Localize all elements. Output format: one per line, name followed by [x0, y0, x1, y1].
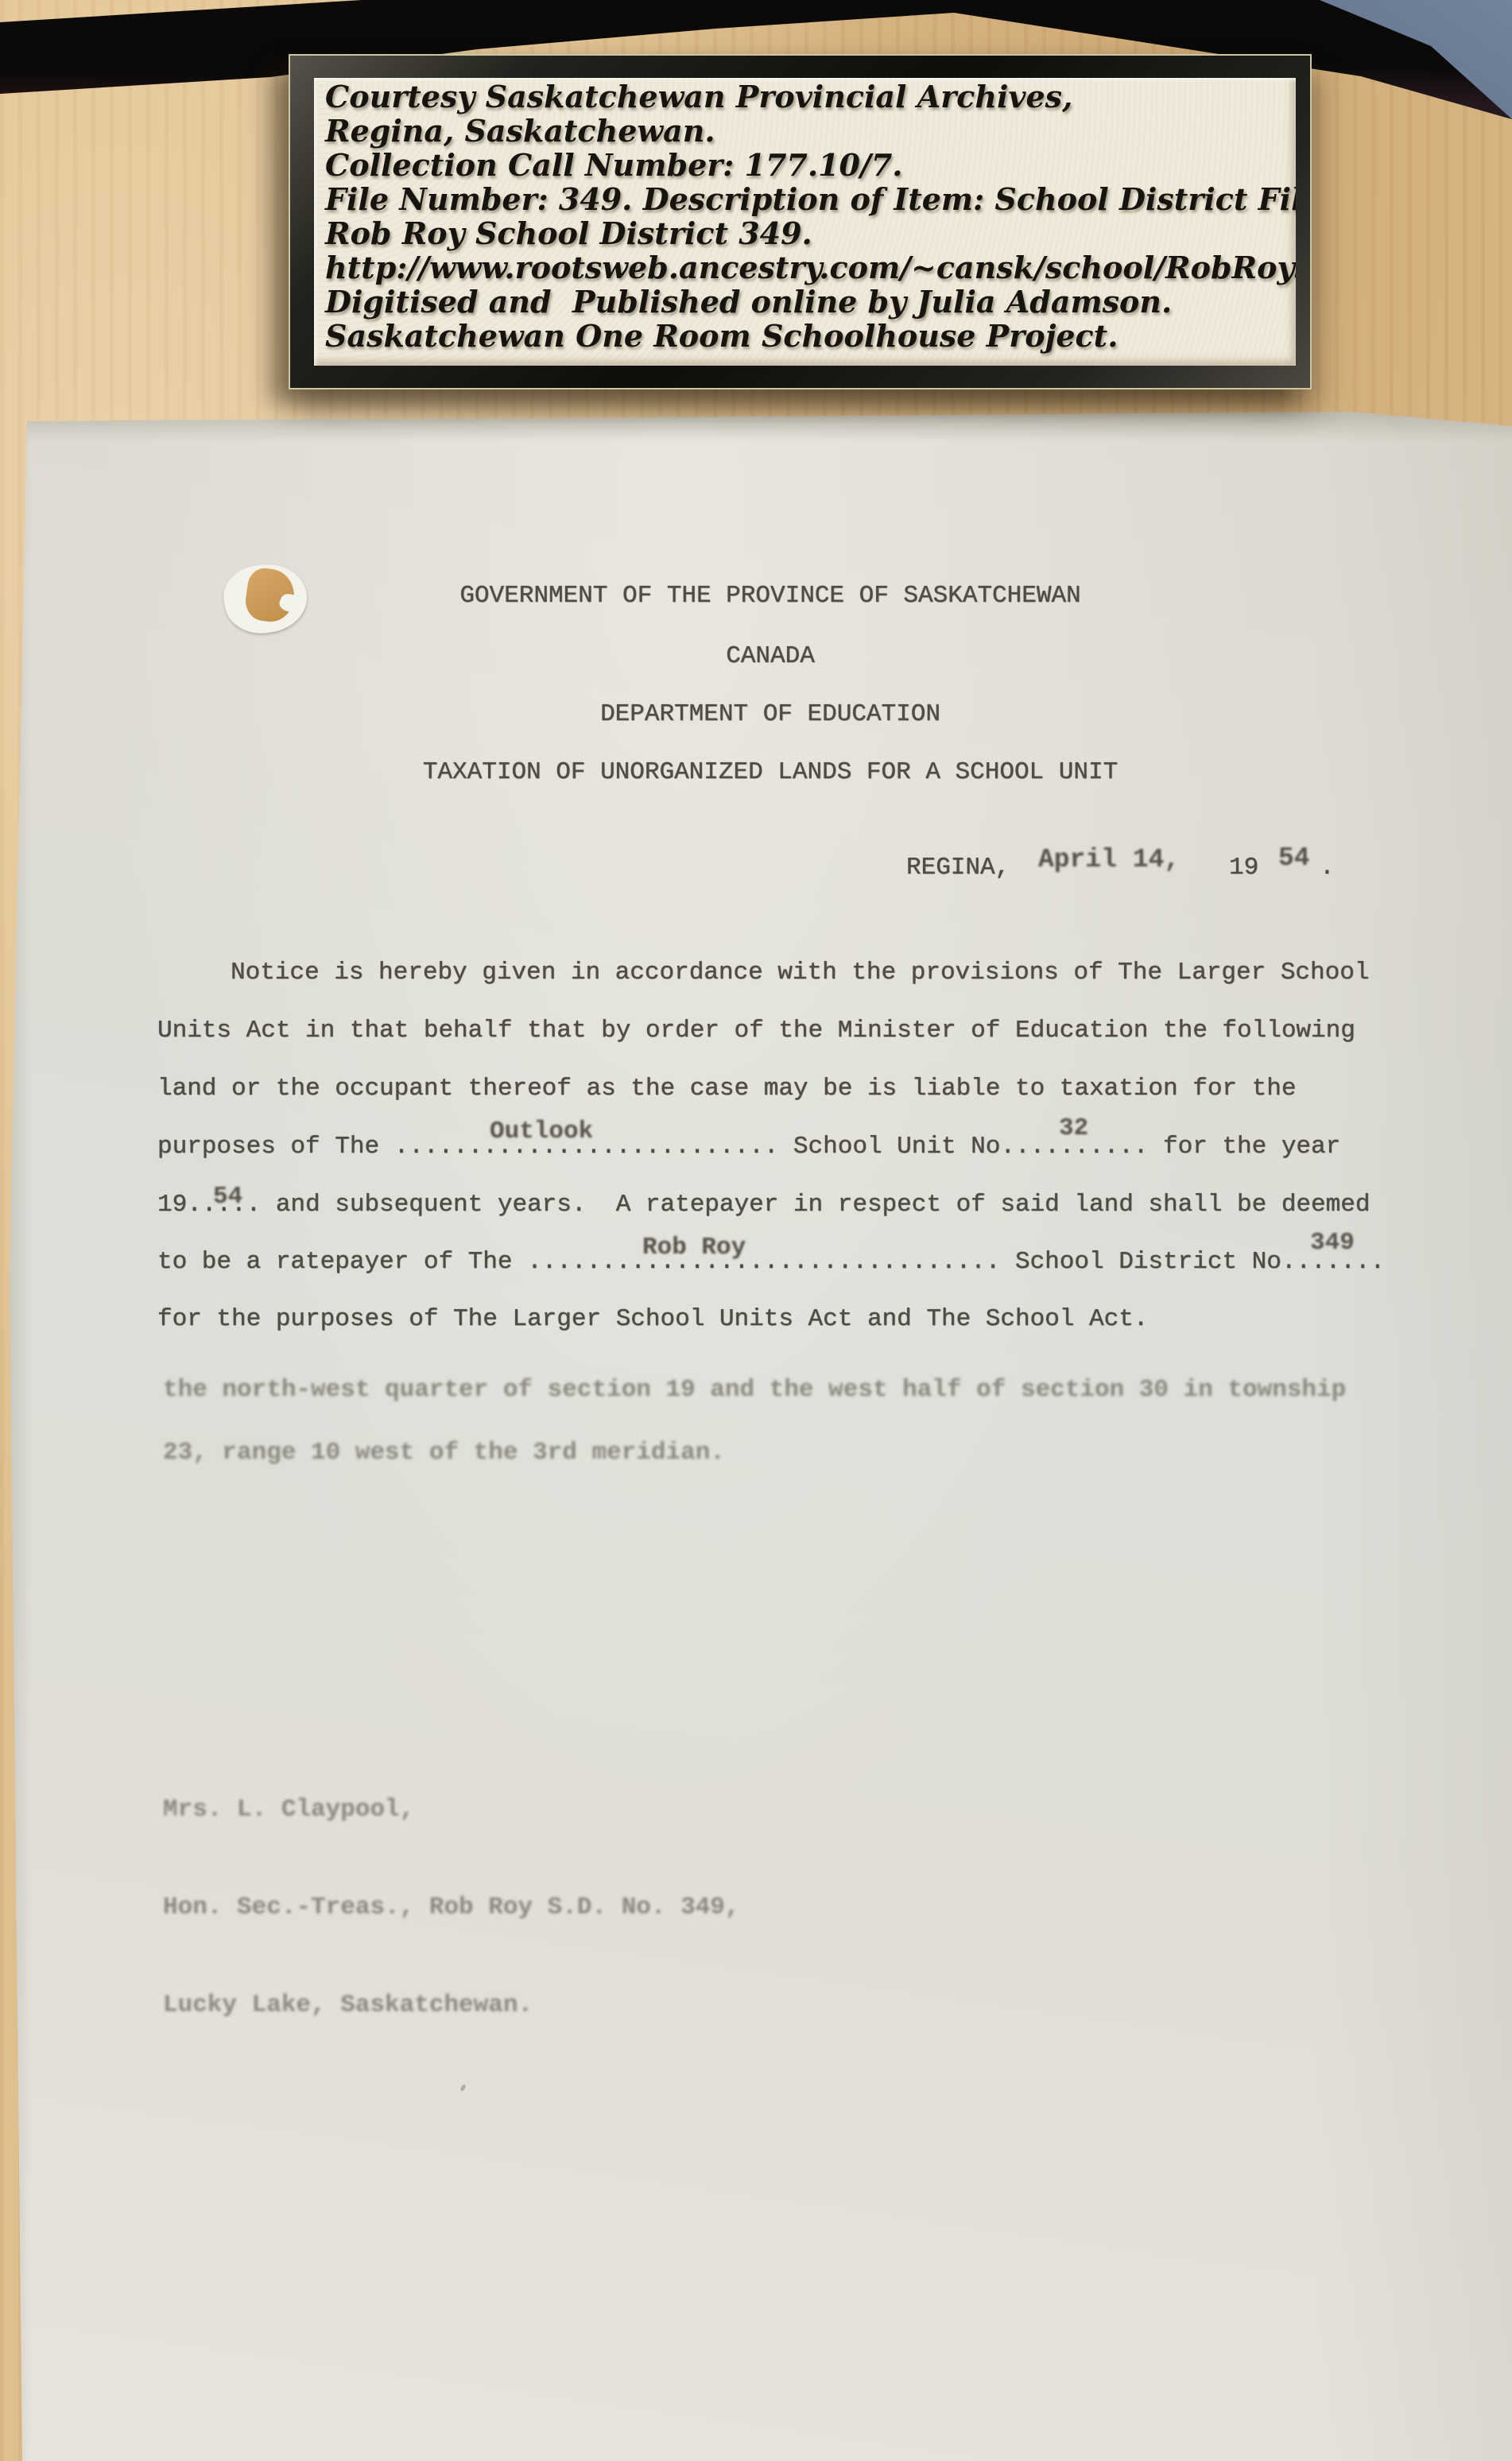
fill-school-unit-name: Outlook [490, 1118, 593, 1145]
body-line-1: Notice is hereby given in accordance wit… [231, 957, 1369, 989]
caption-line-project: Saskatchewan One Room Schoolhouse Projec… [325, 319, 1296, 353]
doc-header-department: DEPARTMENT OF EDUCATION [14, 699, 1512, 731]
body-line-3: land or the occupant thereof as the case… [157, 1073, 1296, 1105]
dateline-date-fill: April 14, [1038, 845, 1180, 874]
address-block: Mrs. L. Claypool, Hon. Sec.-Treas., Rob … [163, 1728, 740, 2087]
caption-line-file-number: File Number: 349. Description of Item: S… [325, 182, 1296, 216]
caption-line-courtesy: Courtesy Saskatchewan Provincial Archive… [325, 79, 1296, 114]
caption-plaque: Courtesy Saskatchewan Provincial Archive… [289, 54, 1312, 389]
land-description-line-2: 23, range 10 west of the 3rd meridian. [163, 1436, 725, 1469]
body-line-6: to be a ratepayer of The ...............… [157, 1246, 1385, 1278]
caption-paper: Courtesy Saskatchewan Provincial Archive… [314, 78, 1296, 366]
fill-year: 54 [213, 1183, 242, 1211]
dateline-year-prefix: 19 [1229, 852, 1258, 884]
caption-line-url: http://www.rootsweb.ancestry.com/~cansk/… [325, 250, 1296, 285]
dateline-period: . [1320, 852, 1335, 884]
fill-school-district-number: 349 [1310, 1229, 1355, 1257]
fill-school-district-name: Rob Roy [642, 1234, 746, 1262]
caption-line-digitised: Digitised and Published online by Julia … [325, 285, 1296, 319]
caption-line-collection: Collection Call Number: 177.10/7. [325, 148, 1296, 182]
caption-line-regina: Regina, Saskatchewan. [325, 114, 1296, 148]
address-line-1: Mrs. L. Claypool, [163, 1793, 740, 1826]
land-description-line-1: the north-west quarter of section 19 and… [163, 1374, 1346, 1406]
fill-school-unit-number: 32 [1059, 1114, 1088, 1142]
address-line-2: Hon. Sec.-Treas., Rob Roy S.D. No. 349, [163, 1891, 740, 1924]
body-line-2: Units Act in that behalf that by order o… [157, 1015, 1355, 1047]
archival-photo: GOVERNMENT OF THE PROVINCE OF SASKATCHEW… [0, 0, 1512, 2461]
doc-title-taxation: TAXATION OF UNORGANIZED LANDS FOR A SCHO… [14, 757, 1512, 789]
caption-text: Courtesy Saskatchewan Provincial Archive… [325, 79, 1296, 353]
body-line-4: purposes of The ........................… [157, 1131, 1340, 1163]
body-line-7: for the purposes of The Larger School Un… [157, 1304, 1148, 1335]
doc-header-government: GOVERNMENT OF THE PROVINCE OF SASKATCHEW… [14, 580, 1512, 612]
dateline-year-fill: 54 [1278, 843, 1310, 873]
address-line-3: Lucky Lake, Saskatchewan. [163, 1989, 740, 2021]
dateline-place: REGINA, [906, 852, 1010, 884]
caption-line-district: Rob Roy School District 349. [325, 216, 1296, 250]
doc-header-canada: CANADA [14, 641, 1512, 672]
body-line-5: 19..... and subsequent years. A ratepaye… [157, 1189, 1370, 1221]
document-page: GOVERNMENT OF THE PROVINCE OF SASKATCHEW… [0, 402, 1512, 2461]
